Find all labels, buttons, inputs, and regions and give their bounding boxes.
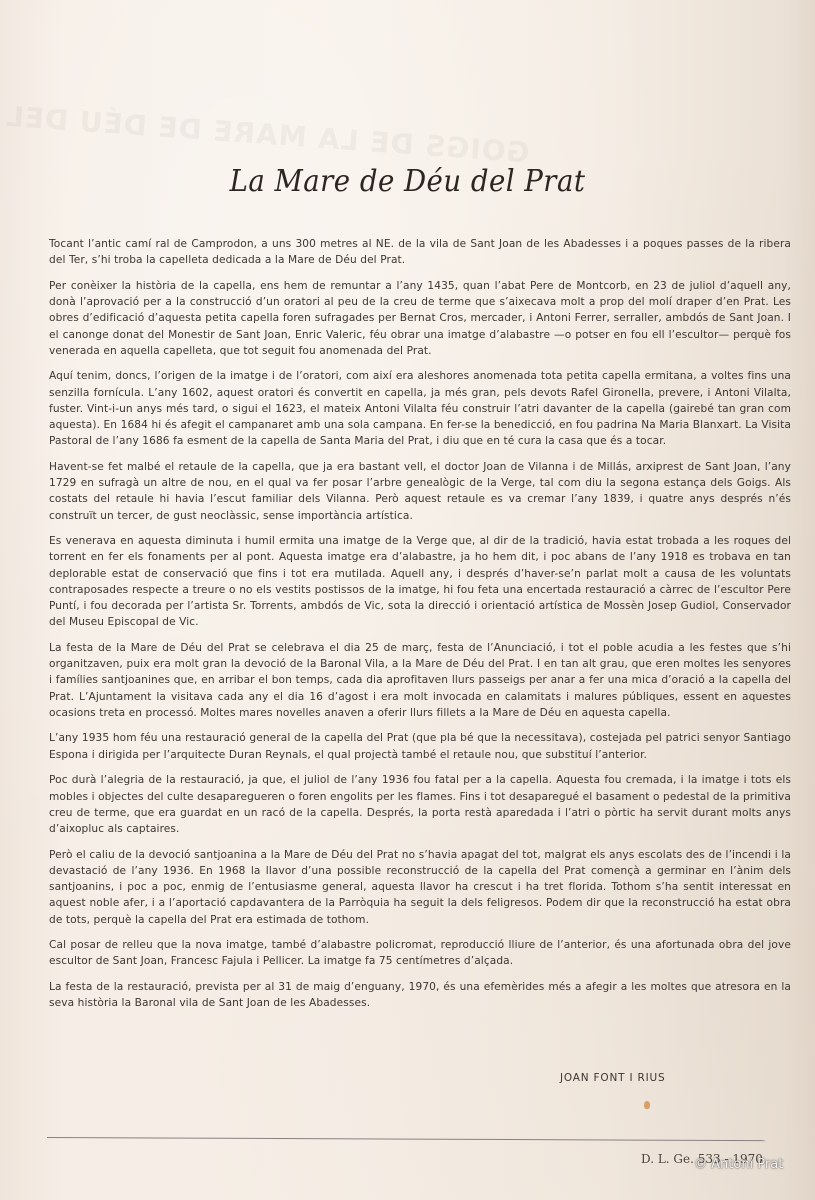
paragraph-festa-restauracio-1970: La festa de la restauració, prevista per…: [49, 979, 791, 1011]
article-body: Tocant l’antic camí ral de Camprodon, a …: [49, 236, 791, 1021]
paragraph-restauracio-1935: L’any 1935 hom féu una restauració gener…: [49, 730, 791, 762]
paragraph-reconstruccio-1968: Però el caliu de la devoció santjoanina …: [49, 847, 791, 928]
paragraph-incendi-1936: Poc durà l’alegria de la restauració, ja…: [49, 772, 791, 837]
author-signature: JOAN FONT I RIUS: [560, 1072, 665, 1084]
reverse-side-show-through-text: GOIGS DE LA MARE DE DÉU DEL PRAT: [59, 104, 530, 170]
footer-divider: [47, 1137, 765, 1141]
copyright-watermark: © Antoni Prat: [694, 1157, 783, 1172]
paragraph-oratori-capella: Aquí tenim, doncs, l’origen de la imatge…: [49, 368, 791, 449]
paragraph-imatge-restauracio-1918: Es venerava en aquesta diminuta i humil …: [49, 533, 791, 630]
document-title: La Mare de Déu del Prat: [33, 164, 783, 199]
paragraph-origins-1435: Per conèixer la història de la capella, …: [49, 278, 791, 359]
paragraph-festa: La festa de la Mare de Déu del Prat se c…: [49, 640, 791, 721]
paper-stain: [644, 1101, 650, 1109]
paragraph-retaule: Havent-se fet malbé el retaule de la cap…: [49, 459, 791, 524]
paragraph-location: Tocant l’antic camí ral de Camprodon, a …: [49, 236, 791, 268]
paragraph-nova-imatge: Cal posar de relleu que la nova imatge, …: [49, 937, 791, 969]
